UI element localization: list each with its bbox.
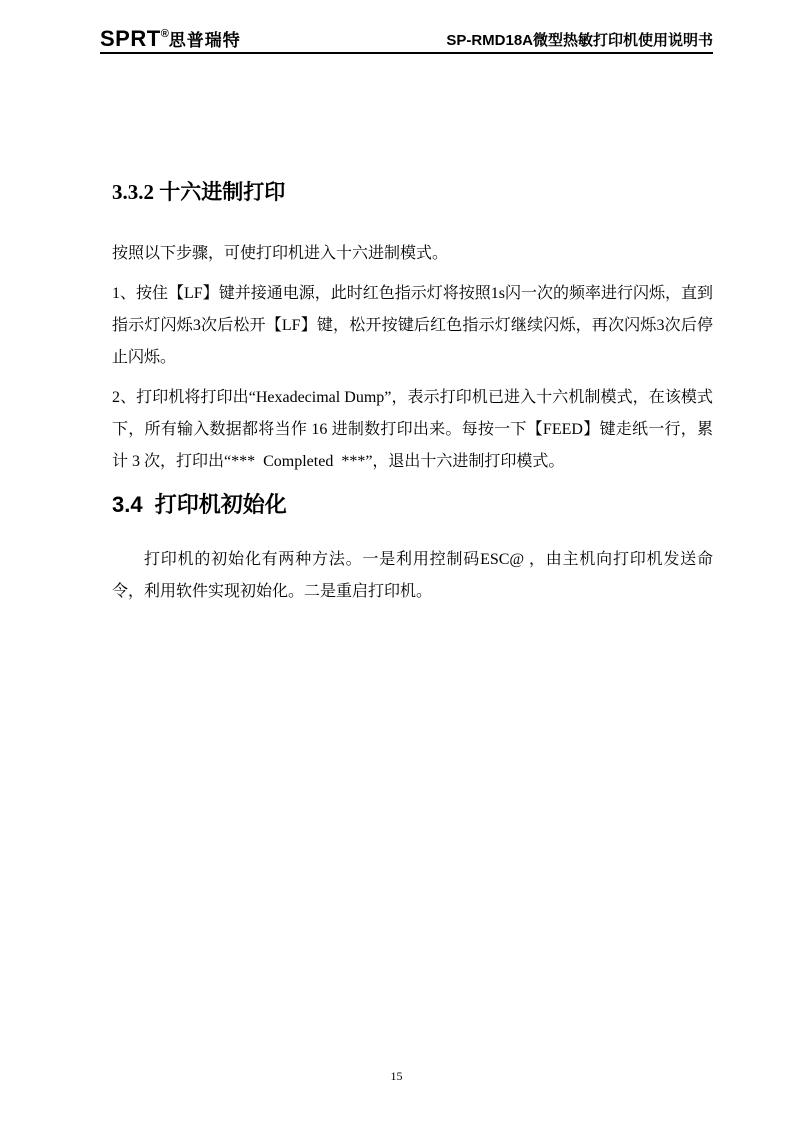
paragraph-printer-init: 打印机的初始化有两种方法。一是利用控制码ESC@ ，由主机向打印机发送命令，利用… — [112, 544, 713, 608]
page-header: SPRT®思普瑞特 SP-RMD18A微型热敏打印机使用说明书 — [100, 28, 713, 54]
page-footer: 15 — [0, 1068, 793, 1084]
paragraph-hex-intro: 按照以下步骤，可使打印机进入十六进制模式。 — [112, 238, 713, 270]
paragraph-hex-step-2: 2、打印机将打印出“Hexadecimal Dump”，表示打印机已进入十六机制… — [112, 382, 713, 478]
brand-name-chinese: 思普瑞特 — [169, 31, 241, 50]
section-heading-printer-init: 3.4 打印机初始化 — [112, 492, 713, 518]
document-title: SP-RMD18A微型热敏打印机使用说明书 — [446, 32, 713, 50]
paragraph-hex-step-1: 1、按住【LF】键并接通电源，此时红色指示灯将按照1s闪一次的频率进行闪烁，直到… — [112, 278, 713, 374]
section-heading-hex-print: 3.3.2 十六进制打印 — [112, 180, 713, 204]
brand-name: SPRT — [100, 26, 161, 51]
registered-trademark-mark: ® — [161, 28, 169, 40]
page-content: 3.3.2 十六进制打印 按照以下步骤，可使打印机进入十六进制模式。 1、按住【… — [112, 180, 713, 608]
brand-logo: SPRT®思普瑞特 — [100, 28, 241, 50]
manual-page: SPRT®思普瑞特 SP-RMD18A微型热敏打印机使用说明书 3.3.2 十六… — [0, 0, 793, 1122]
page-number: 15 — [391, 1069, 403, 1083]
